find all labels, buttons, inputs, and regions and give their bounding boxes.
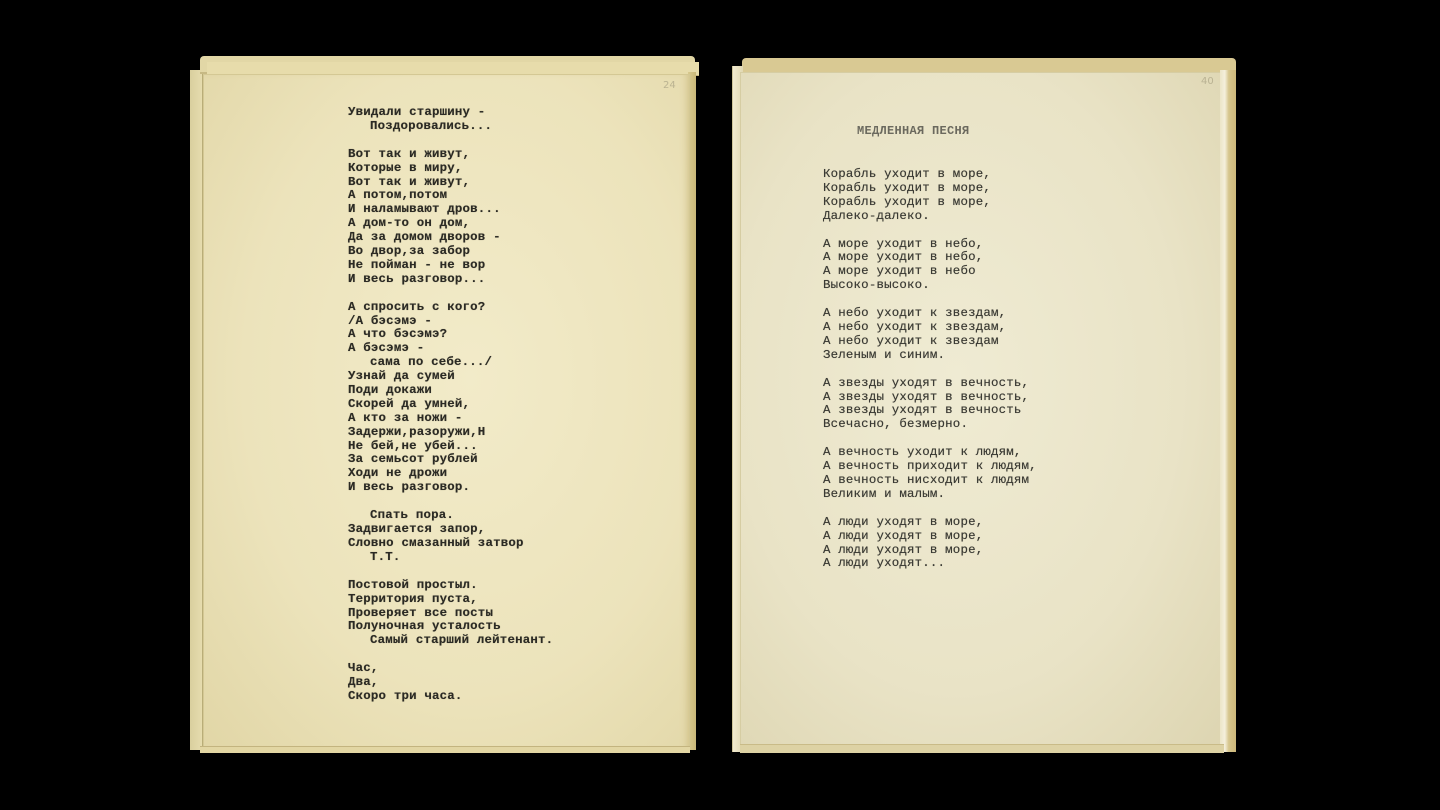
left-poem-line: А спросить с кого?	[348, 301, 553, 315]
left-poem-line: Не пойман - не вор	[348, 259, 553, 273]
stanza-gap	[348, 495, 553, 509]
left-poem-line: Два,	[348, 676, 553, 690]
left-poem-line: Словно смазанный затвор	[348, 537, 553, 551]
right-poem-line: Зеленым и синим.	[823, 349, 1037, 363]
left-poem-line: Постовой простыл.	[348, 579, 553, 593]
right-poem-line: Высоко-высоко.	[823, 279, 1037, 293]
right-page-typed-text: Корабль уходит в море,Корабль уходит в м…	[823, 168, 1037, 571]
left-page-typed-text: Увидали старшину -Поздоровались...Вот та…	[348, 106, 553, 704]
left-poem-line: А дом-то он дом,	[348, 217, 553, 231]
right-poem-line: Далеко-далеко.	[823, 210, 1037, 224]
left-poem-line: Скоро три часа.	[348, 690, 553, 704]
left-poem-line: Поздоровались...	[348, 120, 553, 134]
left-poem-line: Скорей да умней,	[348, 398, 553, 412]
left-poem-line: Задержи,разоружи,Н	[348, 426, 553, 440]
left-poem-line: А кто за ножи -	[348, 412, 553, 426]
right-page-bottom-edge	[740, 744, 1224, 753]
left-poem-line: Т.Т.	[348, 551, 553, 565]
left-poem-line: Задвигается запор,	[348, 523, 553, 537]
right-page-number: 40	[1201, 76, 1214, 87]
right-poem-line: А люди уходят в море,	[823, 544, 1037, 558]
right-poem-line: А люди уходят...	[823, 557, 1037, 571]
left-poem-line: Да за домом дворов -	[348, 231, 553, 245]
right-poem-line: Всечасно, безмерно.	[823, 418, 1037, 432]
stanza-gap	[348, 134, 553, 148]
right-poem-line: А небо уходит к звездам,	[823, 307, 1037, 321]
left-poem-line: Спать пора.	[348, 509, 553, 523]
right-poem-line: А небо уходит к звездам,	[823, 321, 1037, 335]
left-poem-line: Самый старший лейтенант.	[348, 634, 553, 648]
left-poem-line: За семьсот рублей	[348, 453, 553, 467]
stanza-gap	[823, 432, 1037, 446]
right-poem-line: Корабль уходит в море,	[823, 182, 1037, 196]
left-stack-spine	[190, 70, 203, 750]
stanza-gap	[348, 287, 553, 301]
stanza-gap	[823, 502, 1037, 516]
right-poem-line: А люди уходят в море,	[823, 516, 1037, 530]
document-viewer: 24 Увидали старшину -Поздоровались...Вот…	[0, 0, 1440, 810]
stanza-gap	[823, 363, 1037, 377]
right-poem-line: А вечность приходит к людям,	[823, 460, 1037, 474]
left-poem-line: Вот так и живут,	[348, 148, 553, 162]
left-poem-line: Увидали старшину -	[348, 106, 553, 120]
right-poem-line: А звезды уходят в вечность,	[823, 391, 1037, 405]
right-poem-line: А звезды уходят в вечность,	[823, 377, 1037, 391]
right-poem-line: А небо уходит к звездам	[823, 335, 1037, 349]
left-poem-line: А потом,потом	[348, 189, 553, 203]
right-poem-line: А вечность уходит к людям,	[823, 446, 1037, 460]
poem-title: МЕДЛЕННАЯ ПЕСНЯ	[857, 124, 970, 138]
right-poem-line: Великим и малым.	[823, 488, 1037, 502]
right-poem-line: А люди уходят в море,	[823, 530, 1037, 544]
left-poem-line: И весь разговор...	[348, 273, 553, 287]
stanza-gap	[348, 648, 553, 662]
stanza-gap	[823, 224, 1037, 238]
left-page-number: 24	[663, 80, 676, 91]
right-poem-line: Корабль уходит в море,	[823, 196, 1037, 210]
left-poem-line: Которые в миру,	[348, 162, 553, 176]
left-poem-line: Поди докажи	[348, 384, 553, 398]
left-poem-line: Во двор,за забор	[348, 245, 553, 259]
left-poem-line: И наламывают дров...	[348, 203, 553, 217]
left-poem-line: Узнай да сумей	[348, 370, 553, 384]
right-poem-line: Корабль уходит в море,	[823, 168, 1037, 182]
left-page-bottom-edge	[200, 746, 690, 753]
stanza-gap	[348, 565, 553, 579]
left-poem-line: Территория пуста,	[348, 593, 553, 607]
left-poem-line: И весь разговор.	[348, 481, 553, 495]
right-poem-line: А море уходит в небо	[823, 265, 1037, 279]
right-page-edge	[1220, 70, 1236, 752]
left-poem-line: Проверяет все посты	[348, 607, 553, 621]
left-poem-line: Ходи не дрожи	[348, 467, 553, 481]
left-poem-line: Вот так и живут,	[348, 176, 553, 190]
right-poem-line: А вечность нисходит к людям	[823, 474, 1037, 488]
left-poem-line: Час,	[348, 662, 553, 676]
